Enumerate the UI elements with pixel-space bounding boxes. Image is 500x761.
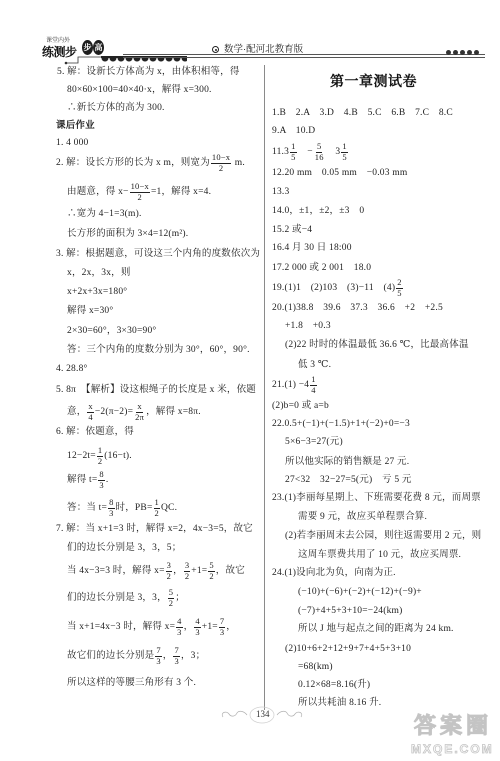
fraction: 52	[168, 588, 174, 608]
fraction: 25	[396, 278, 402, 298]
answer-line: 意， x4 −2(π−2)= x2π ，解得 x=8π.	[67, 405, 201, 419]
chapter-test-title: 第一章测试卷	[330, 75, 417, 91]
answer-line: 7. 解：当 x+1=3 时，解得 x=2，4x−3=5，故它	[56, 522, 253, 536]
answer-line: 答：三个内角的度数分别为 30°，60°，90°.	[67, 343, 250, 357]
answer-line: 需要 9 元，故应买单程票合算.	[298, 510, 427, 524]
answer-line: 0.12×68=8.16(升)	[298, 678, 370, 692]
fraction: 516	[314, 142, 325, 162]
text-segment: 时，PB=	[116, 502, 153, 514]
answer-line: 20.(1)38.8 39.6 37.3 36.6 +2 +2.5	[272, 301, 443, 315]
fraction-denominator: 16	[314, 153, 325, 163]
fraction-denominator: 3	[176, 628, 182, 638]
fraction-numerator: x	[136, 402, 142, 413]
answer-line: 23.(1)李丽每星期上、下班需要花费 8 元，而周票	[272, 491, 481, 505]
answer-line: 19.(1)1 (2)103 (3)−11 (4) 25	[272, 281, 404, 295]
fraction: 15	[290, 142, 296, 162]
decorative-dots-icon	[446, 50, 479, 55]
answer-line: (2)10+6+2+12+9+7+4+5+3+10	[285, 642, 411, 656]
fraction-numerator: 10−x	[130, 182, 150, 193]
answer-line: =68(km)	[298, 660, 333, 674]
answer-line: 低 3 ℃.	[298, 358, 331, 372]
answer-line: 1. 4 000	[56, 136, 88, 150]
fraction-denominator: 2	[184, 572, 190, 582]
fraction-numerator: 5	[168, 588, 174, 599]
fraction-numerator: 2	[396, 278, 402, 289]
fraction-numerator: 7	[155, 646, 161, 657]
text-segment: 答：当 t=	[67, 502, 107, 514]
answer-line: (2)b=0 或 a=b	[272, 399, 329, 413]
fraction-denominator: 3	[173, 657, 179, 667]
fraction: 12	[97, 446, 103, 466]
answer-line: 3. 解：根据题意，可设这三个内角的度数依次为	[56, 247, 260, 261]
fraction: 73	[155, 646, 161, 666]
text-segment: 们的边长分别是 3，3，	[67, 592, 167, 604]
brand-connector-icon	[62, 55, 104, 65]
answer-line: 5. 8π 【解析】设这根绳子的长度是 x 米，依题	[56, 383, 256, 397]
text-segment: +1=	[191, 565, 207, 577]
answer-line: 21.(1) −4 14	[272, 378, 318, 392]
circle-dot-icon	[212, 46, 219, 53]
fraction: 73	[219, 617, 225, 637]
dot-icon	[460, 50, 465, 55]
text-segment: 11.3	[272, 146, 289, 158]
fraction-numerator: 8	[108, 498, 114, 509]
text-segment: −2(π−2)=	[95, 406, 133, 418]
fraction-denominator: 3	[194, 628, 200, 638]
dot-icon	[467, 50, 472, 55]
fraction: x2π	[134, 402, 145, 422]
answer-line: 11.3 15 − 516 3 15	[272, 145, 349, 159]
fraction-denominator: 4	[87, 413, 93, 423]
answer-line: x+2x+3x=180°	[67, 285, 127, 299]
dot-icon	[474, 50, 479, 55]
text-segment: ；	[175, 592, 185, 604]
watermark-url: MXQE.COM	[411, 743, 494, 755]
text-segment: 当 x+1=4x−3 时，解得 x=	[67, 621, 175, 633]
fraction: 73	[173, 646, 179, 666]
fraction-numerator: 7	[219, 617, 225, 628]
answer-line: 6. 解：依题意，得	[56, 425, 134, 439]
answer-line: 2. 解：设长方形的长为 x m，则宽为 10−x2 m.	[56, 156, 245, 170]
fraction: 15	[341, 142, 347, 162]
answer-line: 12.20 mm 0.05 mm −0.03 mm	[272, 166, 407, 180]
text-segment: 19.(1)1 (2)103 (3)−11 (4)	[272, 282, 395, 294]
fraction: 43	[176, 617, 182, 637]
answer-line: 故它们的边长分别是 73 ， 73 ，3；	[67, 649, 205, 663]
fraction-numerator: 1	[154, 498, 160, 509]
answer-line: 所以 J 地与起点之间的距离为 24 km.	[298, 622, 454, 636]
fraction-denominator: 2π	[134, 413, 145, 423]
answer-line: 解得 t= 83 .	[67, 473, 108, 487]
answer-line: 13.3	[272, 185, 289, 199]
fraction: x4	[87, 402, 93, 422]
fraction: 32	[184, 561, 190, 581]
answer-line: 12−2t= 12 (16−t).	[67, 449, 132, 463]
text-segment: 3	[326, 146, 341, 158]
fraction-denominator: 3	[108, 509, 114, 519]
header-subject: 数学·配河北教育版	[212, 44, 303, 55]
fraction-denominator: 3	[98, 481, 104, 491]
answer-line: (−7)+4+5+3+10=−24(km)	[298, 604, 403, 618]
fraction-numerator: 10−x	[211, 153, 231, 164]
fraction-denominator: 2	[154, 509, 160, 519]
answer-line: 5×6−3=27(元)	[285, 435, 343, 449]
text-segment: ，解得 x=8π.	[146, 406, 201, 418]
answer-line: 17.2 000 或 2 001 18.0	[272, 261, 371, 275]
answer-line: 15.2 或−4	[272, 223, 312, 237]
brand-badge-circle: 高	[93, 40, 104, 55]
fraction-denominator: 2	[166, 572, 172, 582]
text-segment: ，3；	[181, 650, 205, 662]
answer-line: 所以共耗油 8.16 升.	[298, 696, 381, 710]
fraction-denominator: 2	[218, 164, 224, 174]
answer-line: 所以这样的等腰三角形有 3 个.	[67, 676, 196, 690]
answer-line: 24.(1)设向北为负，向南为正.	[272, 566, 396, 580]
answer-line: 14.0，±1，±2，±3 0	[272, 204, 364, 218]
answer-line: 当 x+1=4x−3 时，解得 x= 43 ， 43 +1= 73 ，	[67, 620, 236, 634]
watermark-logo: 答案圈	[414, 714, 492, 738]
text-segment: 解得 t=	[67, 474, 97, 486]
answer-line: 27<32 32−27=5(元) 亏 5 元	[285, 473, 412, 487]
answer-line: 9.A 10.D	[272, 124, 315, 138]
text-segment: m.	[232, 157, 245, 169]
fraction-denominator: 3	[219, 628, 225, 638]
fraction-numerator: 1	[341, 142, 347, 153]
dot-icon	[453, 50, 458, 55]
answer-line: 由题意，得 x− 10−x2 =1，解得 x=4.	[67, 185, 211, 199]
answer-line: 解得 x=30°	[67, 304, 113, 318]
answer-line: x，2x，3x，则	[67, 266, 131, 280]
page-number: 134	[256, 709, 270, 720]
answer-line: +1.8 +0.3	[285, 319, 331, 333]
answer-line: 4. 28.8°	[56, 362, 88, 376]
answer-line: (2)22 时时的体温最低 36.6 ℃，比最高体温	[285, 338, 469, 352]
text-segment: ，	[226, 621, 236, 633]
dot-icon	[446, 50, 451, 55]
fraction: 10−x2	[130, 182, 150, 202]
text-segment: =1，解得 x=4.	[151, 186, 211, 198]
text-segment: 当 4x−3=3 时，解得 x=	[67, 565, 165, 577]
text-segment: ，	[173, 565, 183, 577]
text-segment: +1=	[202, 621, 218, 633]
fraction-denominator: 3	[155, 657, 161, 667]
fraction: 83	[108, 498, 114, 518]
answer-line: 这周车票费共用了 10 元，故应买周票.	[298, 548, 461, 562]
fraction-denominator: 2	[137, 193, 143, 203]
fraction-denominator: 2	[168, 599, 174, 609]
answer-line: ∴宽为 4−1=3(m).	[67, 207, 142, 221]
brand-badge-circle: 步	[82, 40, 93, 55]
column-divider	[264, 65, 265, 710]
fraction-numerator: 5	[208, 561, 214, 572]
fraction: 52	[208, 561, 214, 581]
text-segment: (16−t).	[104, 450, 132, 462]
answer-line: 们的边长分别是 3，3，5；	[67, 541, 181, 555]
answer-line: 80×60×100=40×40·x，解得 x=300.	[67, 83, 212, 97]
subject-label: 数学·配河北教育版	[224, 44, 303, 55]
fraction-numerator: 1	[310, 375, 316, 386]
fraction-numerator: 5	[316, 142, 322, 153]
fraction-numerator: 8	[98, 470, 104, 481]
fraction-denominator: 4	[310, 386, 316, 396]
fraction-numerator: 3	[166, 561, 172, 572]
text-segment: 故它们的边长分别是	[67, 650, 154, 662]
fraction: 10−x2	[211, 153, 231, 173]
answer-line: (−10)+(−6)+(−2)+(−12)+(−9)+	[298, 585, 422, 599]
fraction-denominator: 5	[290, 153, 296, 163]
answer-line: 当 4x−3=3 时，解得 x= 32 ， 32 +1= 52 ，故它	[67, 564, 245, 578]
fraction-numerator: 3	[184, 561, 190, 572]
fraction-numerator: x	[87, 402, 93, 413]
answer-line: 1.B 2.A 3.D 4.B 5.C 6.B 7.C 8.C	[272, 106, 453, 120]
text-segment: ，	[184, 621, 194, 633]
fraction-numerator: 7	[173, 646, 179, 657]
text-segment: .	[106, 474, 109, 486]
text-segment: ，故它	[216, 565, 245, 577]
fraction-denominator: 5	[341, 153, 347, 163]
text-segment: −	[298, 146, 313, 158]
fraction: 14	[310, 375, 316, 395]
answer-line: 22.0.5+(−1)+(−1.5)+1+(−2)+0=−3	[272, 417, 410, 431]
text-segment: ，	[163, 650, 173, 662]
answer-line: 长方形的面积为 3×4=12(m²).	[67, 227, 188, 241]
answer-line: 16.4 月 30 日 18:00	[272, 241, 352, 255]
fraction: 12	[154, 498, 160, 518]
text-segment: QC.	[161, 502, 177, 514]
fraction-numerator: 4	[194, 617, 200, 628]
answer-line: (2)若李丽周末去公园，则往返需要用 2 元，则	[285, 529, 481, 543]
text-segment: 2. 解：设长方形的长为 x m，则宽为	[56, 157, 210, 169]
fraction: 32	[166, 561, 172, 581]
fraction-numerator: 1	[290, 142, 296, 153]
answer-line: 们的边长分别是 3，3， 52 ；	[67, 591, 185, 605]
answer-line: 2×30=60°，3×30=90°	[67, 324, 156, 338]
answer-line: 答：当 t= 83 时，PB= 12 QC.	[67, 501, 177, 515]
fraction-denominator: 2	[208, 572, 214, 582]
fraction: 83	[98, 470, 104, 490]
answer-line: ∴新长方体的高为 300.	[67, 101, 165, 115]
answer-line: 5. 解：设新长方体高为 x，由体积相等，得	[57, 65, 240, 79]
text-segment: 意，	[67, 406, 86, 418]
text-segment: 21.(1) −4	[272, 379, 309, 391]
fraction-numerator: 4	[176, 617, 182, 628]
section-heading-homework: 课后作业	[56, 119, 95, 133]
fraction-numerator: 1	[97, 446, 103, 457]
fraction-denominator: 5	[396, 289, 402, 299]
header-rule-bottom	[123, 57, 485, 58]
brand-subtitle: 课堂内外	[46, 38, 70, 45]
text-segment: 12−2t=	[67, 450, 96, 462]
text-segment: 由题意，得 x−	[67, 186, 129, 198]
fraction-denominator: 2	[97, 457, 103, 467]
fraction: 43	[194, 617, 200, 637]
header-rule-top	[123, 54, 485, 55]
answer-line: 所以他实际的销售额是 27 元.	[285, 455, 409, 469]
